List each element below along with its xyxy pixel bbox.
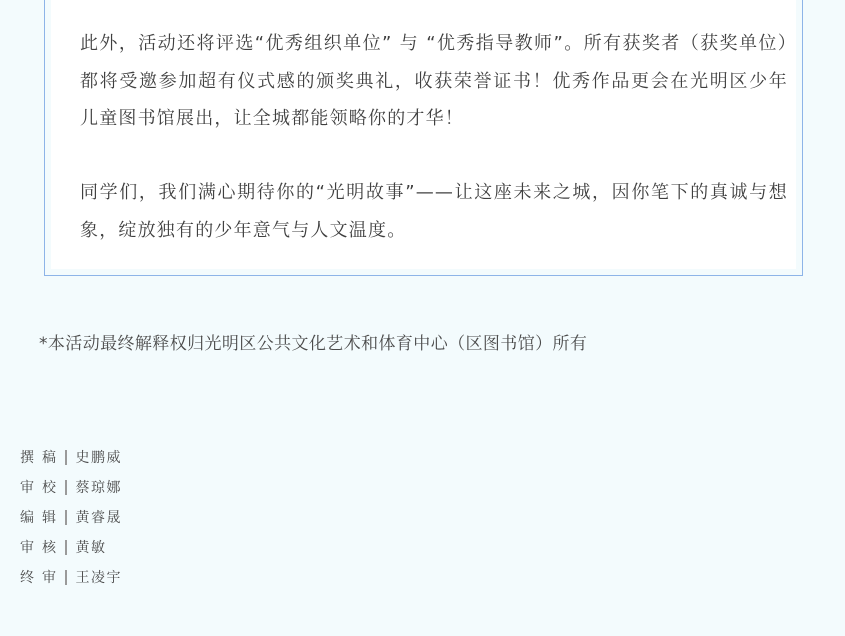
credit-role: 审校 (20, 477, 62, 497)
credit-name: 黄睿晟 (76, 507, 123, 527)
disclaimer-text: *本活动最终解释权归光明区公共文化艺术和体育中心（区图书馆）所有 (39, 332, 587, 356)
credit-name: 史鹏威 (76, 447, 123, 467)
content-card-inner: 此外，活动还将评选“优秀组织单位” 与 “优秀指导教师”。所有获奖者（获奖单位）… (51, 0, 796, 269)
credit-separator (65, 570, 67, 585)
credit-name: 黄敏 (76, 537, 107, 557)
credit-separator (65, 450, 67, 465)
credit-separator (65, 540, 67, 555)
paragraph-invitation: 同学们，我们满心期待你的“光明故事”——让这座未来之城，因你笔下的真诚与想象，绽… (80, 174, 788, 249)
credit-row-editor: 编辑 黄睿晟 (20, 502, 122, 532)
credit-role: 撰稿 (20, 447, 62, 467)
credit-role: 终审 (20, 567, 62, 587)
credit-role: 审核 (20, 537, 62, 557)
content-card: 此外，活动还将评选“优秀组织单位” 与 “优秀指导教师”。所有获奖者（获奖单位）… (44, 0, 803, 276)
credit-row-writer: 撰稿 史鹏威 (20, 442, 122, 472)
credit-row-proofreader: 审校 蔡琼娜 (20, 472, 122, 502)
credit-row-reviewer: 审核 黄敏 (20, 532, 122, 562)
credit-separator (65, 480, 67, 495)
credit-name: 王凌宇 (76, 567, 123, 587)
credit-row-final-reviewer: 终审 王凌宇 (20, 562, 122, 592)
credit-separator (65, 510, 67, 525)
credit-name: 蔡琼娜 (76, 477, 123, 497)
paragraph-awards: 此外，活动还将评选“优秀组织单位” 与 “优秀指导教师”。所有获奖者（获奖单位）… (80, 25, 788, 138)
credit-role: 编辑 (20, 507, 62, 527)
article-page: 此外，活动还将评选“优秀组织单位” 与 “优秀指导教师”。所有获奖者（获奖单位）… (0, 0, 845, 636)
credits-list: 撰稿 史鹏威 审校 蔡琼娜 编辑 黄睿晟 审核 黄敏 终审 王凌宇 (20, 442, 122, 592)
